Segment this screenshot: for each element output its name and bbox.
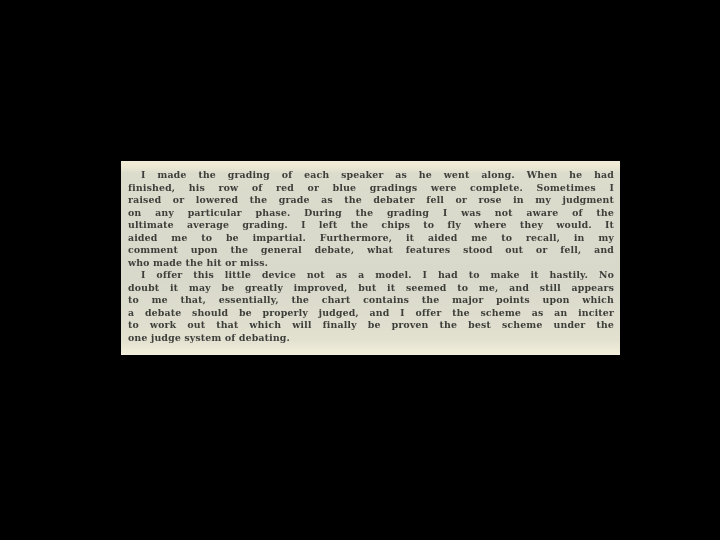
clipping-text: I made the grading of each speaker as he… [128, 170, 614, 345]
text-line: raised or lowered the grade as the debat… [128, 195, 614, 208]
text-line: one judge system of debating. [128, 333, 614, 346]
text-line: finished, his row of red or blue grading… [128, 183, 614, 196]
text-line: comment upon the general debate, what fe… [128, 245, 614, 258]
text-line: a debate should be properly judged, and … [128, 308, 614, 321]
text-line: to me that, essentially, the chart conta… [128, 295, 614, 308]
text-line: who made the hit or miss. [128, 258, 614, 271]
text-line: aided me to be impartial. Furthermore, i… [128, 233, 614, 246]
newspaper-clipping: I made the grading of each speaker as he… [121, 161, 620, 355]
paragraph-2: I offer this little device not as a mode… [128, 270, 614, 345]
text-line: I made the grading of each speaker as he… [128, 170, 614, 183]
text-line: on any particular phase. During the grad… [128, 208, 614, 221]
text-line: ultimate average grading. I left the chi… [128, 220, 614, 233]
text-line: doubt it may be greatly improved, but it… [128, 283, 614, 296]
paragraph-1: I made the grading of each speaker as he… [128, 170, 614, 270]
text-line: to work out that which will finally be p… [128, 320, 614, 333]
text-line: I offer this little device not as a mode… [128, 270, 614, 283]
